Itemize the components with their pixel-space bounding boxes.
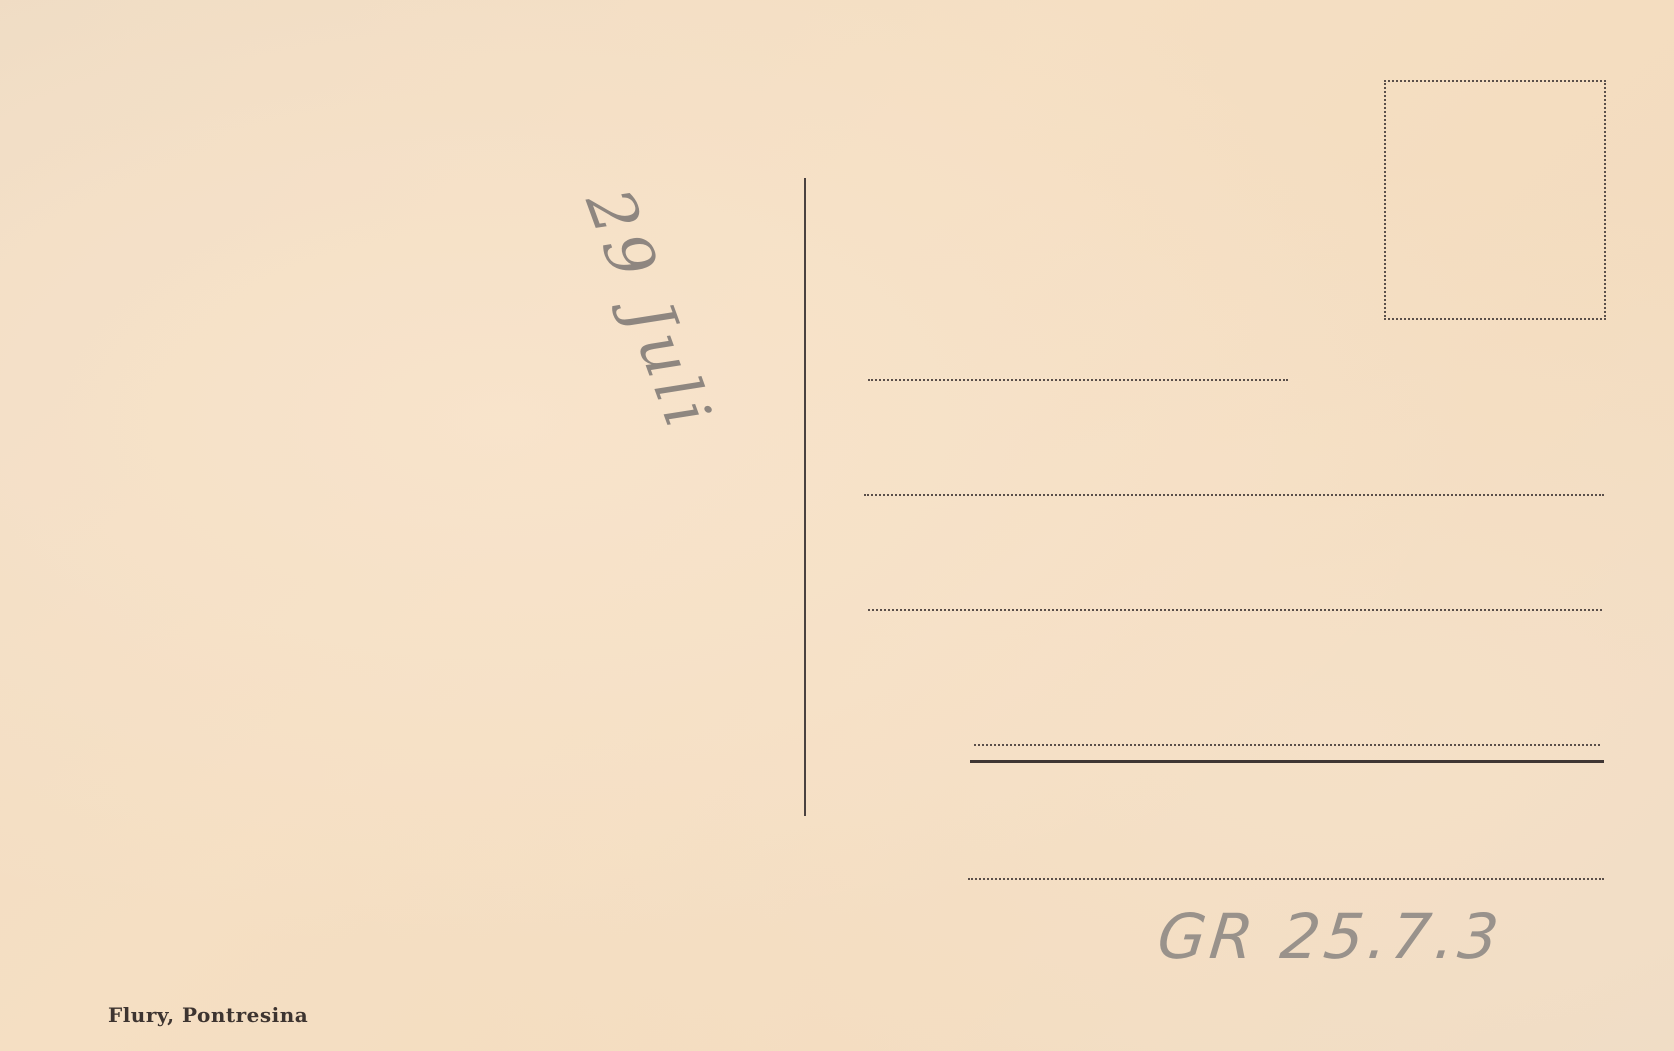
address-line-5 [968, 878, 1604, 880]
postcard-back: 29 Juli GR 25.7.3 Flury, Pontresina [0, 0, 1674, 1051]
address-line-3 [868, 609, 1602, 611]
handwritten-date: 29 Juli [570, 180, 726, 442]
address-underline [970, 760, 1604, 763]
message-address-divider [804, 178, 806, 816]
stamp-box [1384, 80, 1606, 320]
address-line-4 [974, 744, 1600, 746]
address-line-2 [864, 494, 1604, 496]
address-line-1 [868, 379, 1288, 381]
pencil-archive-note: GR 25.7.3 [1154, 900, 1506, 973]
publisher-imprint: Flury, Pontresina [108, 1003, 308, 1027]
